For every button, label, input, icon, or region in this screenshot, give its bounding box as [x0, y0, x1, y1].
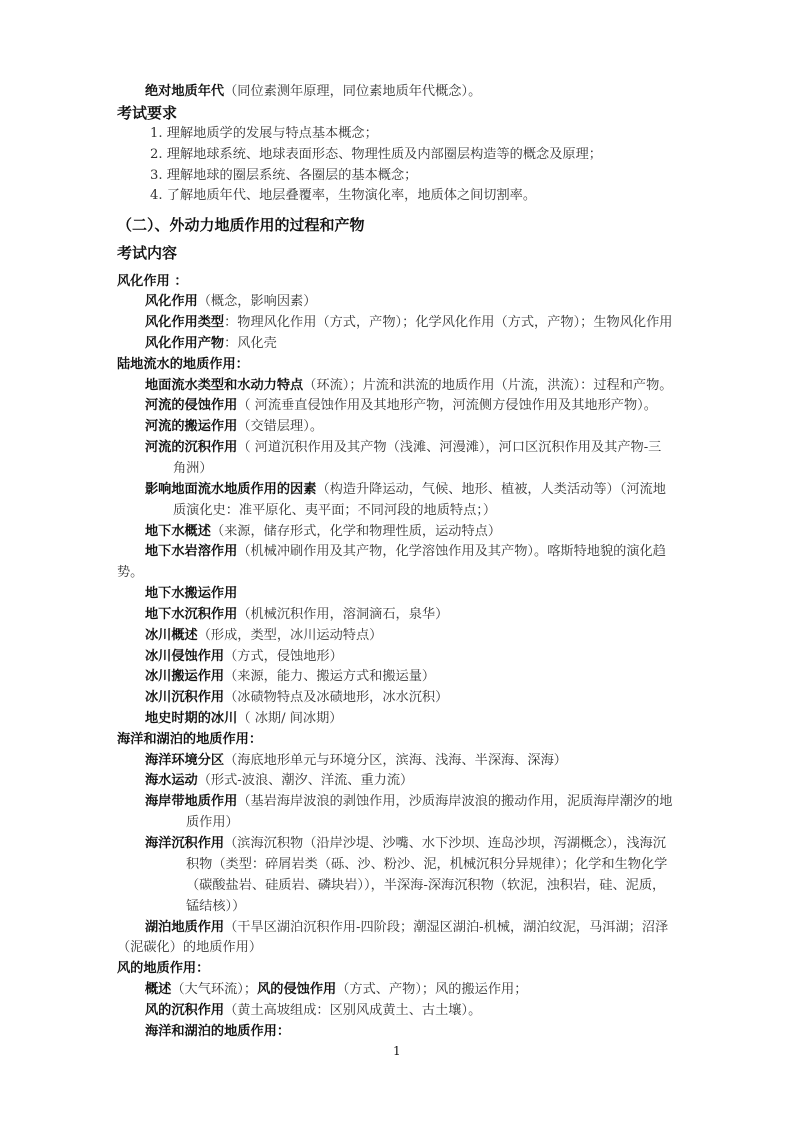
bold-term: 风化作用产物	[145, 336, 224, 351]
text-line: 海洋和湖泊的地质作用：	[145, 1022, 290, 1042]
description-text: 质演化史：准平原化、夷平面；不同河段的地质特点；）	[173, 503, 496, 518]
description-text: ：风化壳	[224, 336, 277, 351]
description-text: （机械沉积作用，溶洞滴石，泉华）	[237, 607, 448, 622]
bold-term: 风的地质作用：	[117, 961, 209, 976]
description-text: （冰碛物特点及冰碛地形，冰水沉积）	[224, 690, 448, 705]
description-text: （构造升降运动，气候、地形、植被，人类活动等）（河流地	[316, 482, 665, 497]
text-line: 海水运动（形式-波浪、潮汐、洋流、重力流）	[145, 771, 413, 791]
text-line: 质作用）	[186, 813, 239, 833]
text-line: 湖泊地质作用（干旱区湖泊沉积作用-四阶段；潮湿区湖泊-机械，湖泊纹泥，马洱湖；沼…	[145, 918, 668, 938]
bold-term: 地史时期的冰川	[145, 711, 237, 726]
text-line: 河流的搬运作用（交错层理）。	[145, 417, 323, 437]
description-text: 2. 理解地球系统、地球表面形态、物理性质及内部圈层构造等的概念及原理；	[150, 147, 602, 162]
text-line: 陆地流水的地质作用：	[117, 355, 249, 375]
bold-term: 冰川侵蚀作用	[145, 649, 224, 664]
bold-term: 冰川搬运作用	[145, 669, 224, 684]
text-line: 地史时期的冰川（ 冰期/ 间冰期）	[145, 709, 342, 729]
description-text: （黄土高坡组成：区别风成黄土、古土壤）。	[224, 1003, 481, 1018]
text-line: 2. 理解地球系统、地球表面形态、物理性质及内部圈层构造等的概念及原理；	[150, 145, 602, 165]
bold-term: 风化作用	[145, 294, 198, 309]
text-line: 地下水搬运作用	[145, 584, 237, 604]
bold-term: 海洋环境分区	[145, 753, 224, 768]
text-line: 风化作用（概念，影响因素）	[145, 292, 316, 312]
description-text: 4. 了解地质年代、地层叠覆率，生物演化率，地质体之间切割率。	[150, 188, 536, 203]
text-line: 积物（类型：碎屑岩类（砾、沙、粉沙、泥，机械沉积分异规律）；化学和生物化学	[186, 855, 667, 875]
description-text: （交错层理）。	[237, 419, 323, 434]
bold-term: 概述	[145, 982, 171, 997]
text-line: 角洲）	[173, 459, 213, 479]
bold-term: 海水运动	[145, 773, 198, 788]
bold-term: 海岸带地质作用	[145, 794, 237, 809]
text-line: 海洋沉积作用（滨海沉积物（沿岸沙堤、沙嘴、水下沙坝、连岛沙坝，泻湖概念），浅海沉	[145, 834, 666, 854]
text-line: 地下水概述（来源，储存形式，化学和物理性质，运动特点）	[145, 522, 501, 542]
bold-term: 地下水岩溶作用	[145, 544, 237, 559]
bold-term: 地下水搬运作用	[145, 586, 237, 601]
description-text: 1. 理解地质学的发展与特点基本概念；	[150, 126, 378, 141]
bold-term: 湖泊地质作用	[145, 920, 224, 935]
section-heading: 考试要求	[117, 103, 177, 125]
text-line: 质演化史：准平原化、夷平面；不同河段的地质特点；）	[173, 501, 496, 521]
description-text: （来源，储存形式，化学和物理性质，运动特点）	[211, 524, 501, 539]
section-heading: （二）、外动力地质作用的过程和产物	[117, 215, 365, 237]
text-line: 3. 理解地球的圈层系统、各圈层的基本概念；	[150, 166, 417, 186]
page-number: 1	[393, 1044, 401, 1058]
description-text: ：物理风化作用（方式，产物）；化学风化作用（方式，产物）；生物风化作用	[224, 315, 672, 330]
description-text: 势。	[117, 565, 143, 580]
text-line: 势。	[117, 563, 143, 583]
description-text: 锰结核））	[186, 899, 245, 914]
bold-term: 地下水沉积作用	[145, 607, 237, 622]
description-text: 角洲）	[173, 461, 213, 476]
text-line: 风化作用产物：风化壳	[145, 334, 277, 354]
text-line: 风的沉积作用（黄土高坡组成：区别风成黄土、古土壤）。	[145, 1001, 481, 1021]
description-text: （同位素测年原理，同位素地质年代概念）。	[224, 84, 481, 99]
bold-term: 海洋和湖泊的地质作用：	[117, 732, 262, 747]
text-line: 冰川侵蚀作用（方式，侵蚀地形）	[145, 647, 343, 667]
bold-term: 地面流水类型和水动力特点	[145, 378, 303, 393]
description-text: （方式、产物）；风的搬运作用；	[336, 982, 527, 997]
text-line: 海洋环境分区（海底地形单元与环境分区，滨海、浅海、半深海、深海）	[145, 751, 567, 771]
bold-term: 海洋和湖泊的地质作用：	[145, 1024, 290, 1039]
text-line: 锰结核））	[186, 897, 245, 917]
bold-term: 影响地面流水地质作用的因素	[145, 482, 316, 497]
text-line: 概述（大气环流）；风的侵蚀作用（方式、产物）；风的搬运作用；	[145, 980, 527, 1000]
text-line: 风化作用类型：物理风化作用（方式，产物）；化学风化作用（方式，产物）；生物风化作…	[145, 313, 672, 333]
bold-term: 风的侵蚀作用	[257, 982, 336, 997]
description-text: （机械冲刷作用及其产物，化学溶蚀作用及其产物）。喀斯特地貌的演化趋	[237, 544, 666, 559]
description-text: （基岩海岸波浪的剥蚀作用，沙质海岸波浪的搬动作用，泥质海岸潮汐的地	[237, 794, 672, 809]
bold-term: 地下水概述	[145, 524, 211, 539]
text-line: 冰川沉积作用（冰碛物特点及冰碛地形，冰水沉积）	[145, 688, 448, 708]
bold-term: 海洋沉积作用	[145, 836, 224, 851]
description-text: （形成，类型，冰川运动特点）	[198, 628, 383, 643]
description-text: 质作用）	[186, 815, 239, 830]
text-line: 河流的侵蚀作用（ 河流垂直侵蚀作用及其地形产物，河流侧方侵蚀作用及其地形产物）。	[145, 396, 657, 416]
bold-term: 风化作用类型	[145, 315, 224, 330]
bold-term: 考试要求	[117, 104, 177, 122]
text-line: （泥碳化）的地质作用）	[117, 938, 262, 958]
text-line: 冰川搬运作用（来源，能力、搬运方式和搬运量）	[145, 667, 435, 687]
description-text: 积物（类型：碎屑岩类（砾、沙、粉沙、泥，机械沉积分异规律）；化学和生物化学	[186, 857, 667, 872]
bold-term: 风的沉积作用	[145, 1003, 224, 1018]
bold-term: 风化作用 ：	[117, 274, 188, 289]
description-text: （概念，影响因素）	[198, 294, 317, 309]
description-text: （来源，能力、搬运方式和搬运量）	[224, 669, 435, 684]
text-line: 海岸带地质作用（基岩海岸波浪的剥蚀作用，沙质海岸波浪的搬动作用，泥质海岸潮汐的地	[145, 792, 673, 812]
description-text: （海底地形单元与环境分区，滨海、浅海、半深海、深海）	[224, 753, 567, 768]
text-line: 海洋和湖泊的地质作用：	[117, 730, 262, 750]
bold-term: （二）、外动力地质作用的过程和产物	[117, 216, 365, 234]
text-line: （碳酸盐岩、硅质岩、磷块岩）），半深海-深海沉积物（软泥，浊积岩，硅、泥质，	[186, 876, 665, 896]
text-line: 冰川概述（形成，类型，冰川运动特点）	[145, 626, 382, 646]
bold-term: 冰川概述	[145, 628, 198, 643]
description-text: （滨海沉积物（沿岸沙堤、沙嘴、水下沙坝、连岛沙坝，泻湖概念），浅海沉	[224, 836, 666, 851]
bold-term: 河流的侵蚀作用	[145, 398, 237, 413]
description-text: 3. 理解地球的圈层系统、各圈层的基本概念；	[150, 168, 417, 183]
text-line: 风的地质作用：	[117, 959, 209, 979]
bold-term: 绝对地质年代	[145, 84, 224, 99]
description-text: （环流）；片流和洪流的地质作用（片流，洪流）：过程和产物。	[303, 378, 672, 393]
bold-term: 河流的沉积作用	[145, 440, 237, 455]
description-text: （ 冰期/ 间冰期）	[237, 711, 342, 726]
text-line: 河流的沉积作用（ 河道沉积作用及其产物（浅滩、河漫滩），河口区沉积作用及其产物-…	[145, 438, 661, 458]
text-line: 地面流水类型和水动力特点（环流）；片流和洪流的地质作用（片流，洪流）：过程和产物…	[145, 376, 673, 396]
text-line: 绝对地质年代（同位素测年原理，同位素地质年代概念）。	[145, 82, 481, 102]
description-text: （泥碳化）的地质作用）	[117, 940, 262, 955]
text-line: 1. 理解地质学的发展与特点基本概念；	[150, 124, 378, 144]
bold-term: 陆地流水的地质作用：	[117, 357, 249, 372]
description-text: （大气环流）；	[171, 982, 257, 997]
description-text: （ 河流垂直侵蚀作用及其地形产物，河流侧方侵蚀作用及其地形产物）。	[237, 398, 657, 413]
description-text: （ 河道沉积作用及其产物（浅滩、河漫滩），河口区沉积作用及其产物-三	[237, 440, 661, 455]
section-heading: 考试内容	[117, 243, 177, 265]
description-text: （碳酸盐岩、硅质岩、磷块岩）），半深海-深海沉积物（软泥，浊积岩，硅、泥质，	[186, 878, 665, 893]
bold-term: 河流的搬运作用	[145, 419, 237, 434]
text-line: 地下水岩溶作用（机械冲刷作用及其产物，化学溶蚀作用及其产物）。喀斯特地貌的演化趋	[145, 542, 666, 562]
description-text: （干旱区湖泊沉积作用-四阶段；潮湿区湖泊-机械，湖泊纹泥，马洱湖；沼泽	[224, 920, 668, 935]
text-line: 地下水沉积作用（机械沉积作用，溶洞滴石，泉华）	[145, 605, 448, 625]
description-text: （形式-波浪、潮汐、洋流、重力流）	[198, 773, 413, 788]
text-line: 影响地面流水地质作用的因素（构造升降运动，气候、地形、植被，人类活动等）（河流地	[145, 480, 666, 500]
text-line: 4. 了解地质年代、地层叠覆率，生物演化率，地质体之间切割率。	[150, 186, 536, 206]
bold-term: 冰川沉积作用	[145, 690, 224, 705]
bold-term: 考试内容	[117, 244, 177, 262]
text-line: 风化作用 ：	[117, 272, 188, 292]
description-text: （方式，侵蚀地形）	[224, 649, 343, 664]
